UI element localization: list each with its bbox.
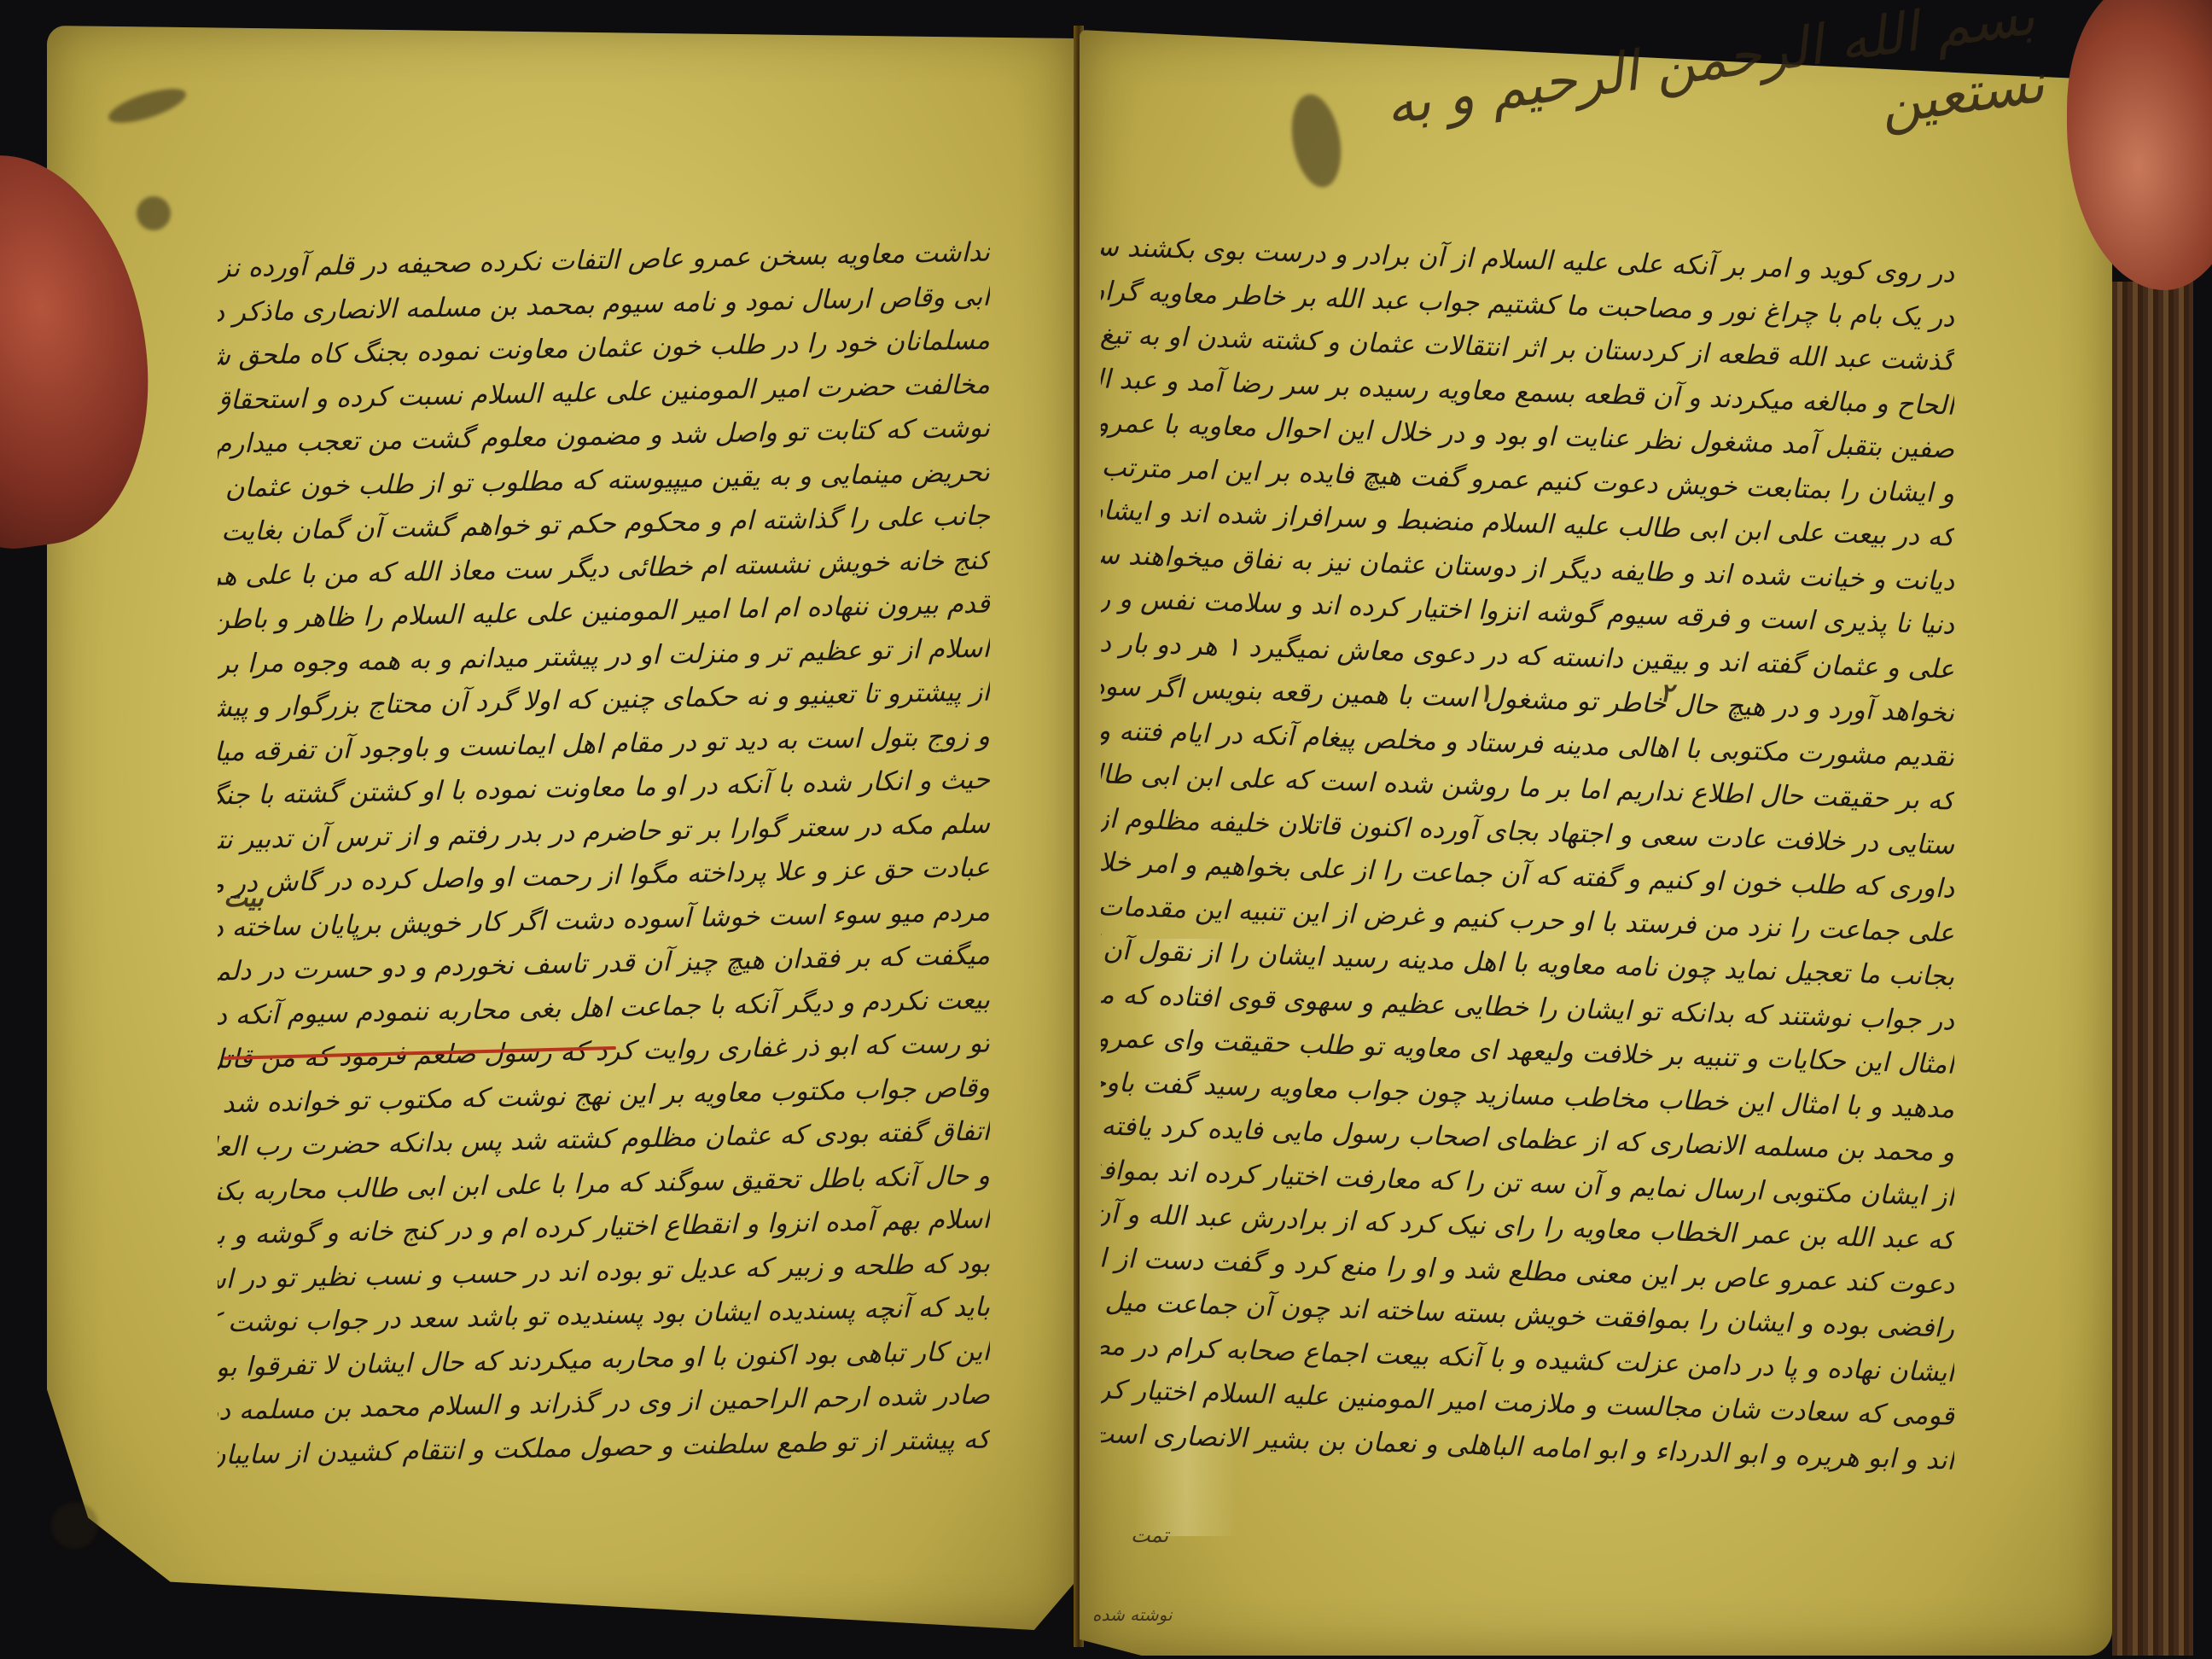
catchword-note: نوشته شده <box>1092 1604 1173 1625</box>
rubric-mark: بیت <box>224 883 264 913</box>
page-edges <box>2112 282 2193 1656</box>
left-page-text: نداشت معاویه بسخن عمرو عاص التفات نکرده … <box>218 231 990 1478</box>
rubric-mark: ۲ <box>1660 678 1674 708</box>
colophon-note: تمت <box>1131 1523 1168 1547</box>
rubric-mark: ۱ <box>1478 678 1492 708</box>
right-page-text: در روی کوید و امر بر آنکه علی علیه السلا… <box>1101 225 1954 1482</box>
manuscript-photo: بسم الله الرحمن الرحیم و به نستعین نداشت… <box>0 0 2212 1659</box>
ink-stain-4 <box>51 1502 98 1549</box>
